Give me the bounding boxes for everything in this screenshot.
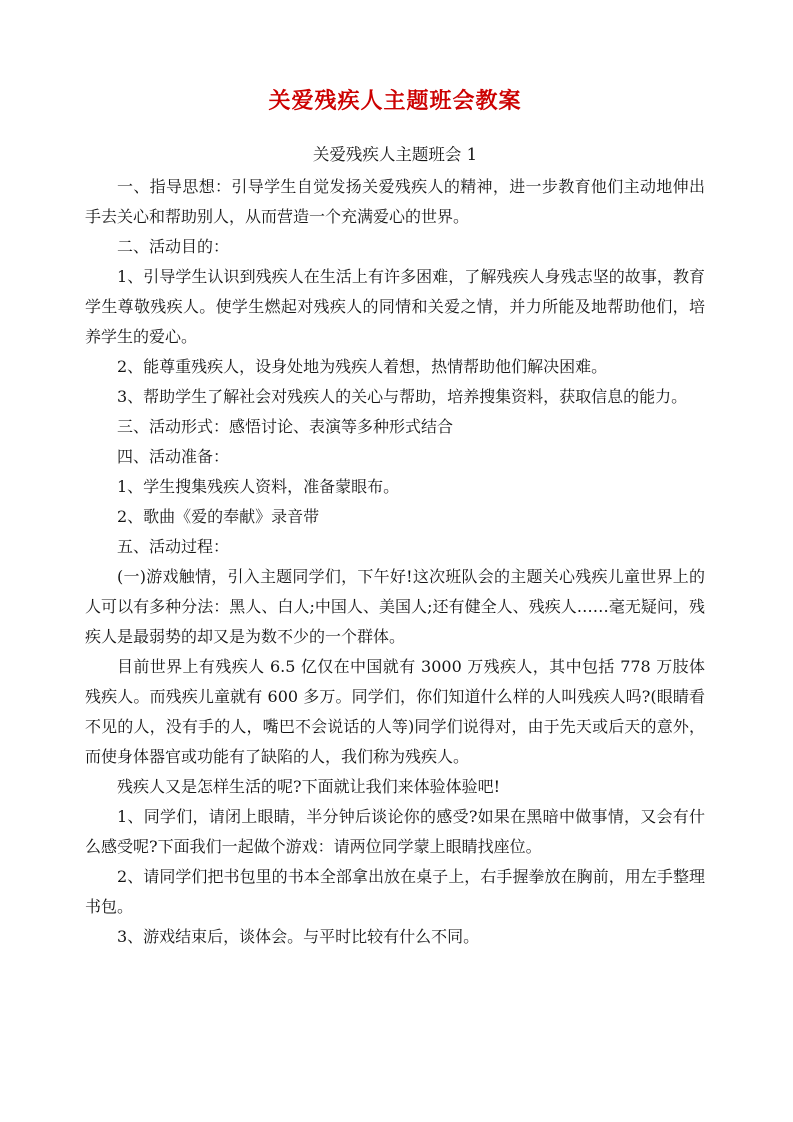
paragraph-purpose-item-2: 2、能尊重残疾人，设身处地为残疾人着想，热情帮助他们解决困难。: [85, 352, 705, 382]
paragraph-purpose-item-3: 3、帮助学生了解社会对残疾人的关心与帮助，培养搜集资料，获取信息的能力。: [85, 382, 705, 412]
paragraph-activity-purpose-heading: 二、活动目的：: [85, 232, 705, 262]
paragraph-activity-form: 三、活动形式：感悟讨论、表演等多种形式结合: [85, 412, 705, 442]
document-subtitle: 关爱残疾人主题班会 1: [85, 140, 705, 170]
page-title: 关爱残疾人主题班会教案: [85, 86, 705, 116]
paragraph-game-step-1: 1、同学们，请闭上眼睛，半分钟后谈论你的感受?如果在黑暗中做事情，又会有什么感受…: [85, 802, 705, 862]
paragraph-experience-lead-in: 残疾人又是怎样生活的呢?下面就让我们来体验体验吧!: [85, 772, 705, 802]
paragraph-purpose-item-1: 1、引导学生认识到残疾人在生活上有许多困难，了解残疾人身残志坚的故事，教育学生尊…: [85, 262, 705, 352]
paragraph-guiding-ideology: 一、指导思想：引导学生自觉发扬关爱残疾人的精神，进一步教育他们主动地伸出手去关心…: [85, 172, 705, 232]
paragraph-game-step-3: 3、游戏结束后，谈体会。与平时比较有什么不同。: [85, 922, 705, 952]
paragraph-preparation-item-2: 2、歌曲《爱的奉献》录音带: [85, 502, 705, 532]
paragraph-disabled-statistics: 目前世界上有残疾人 6.5 亿仅在中国就有 3000 万残疾人，其中包括 778…: [85, 652, 705, 772]
paragraph-preparation-item-1: 1、学生搜集残疾人资料，准备蒙眼布。: [85, 472, 705, 502]
paragraph-game-step-2: 2、请同学们把书包里的书本全部拿出放在桌子上，右手握拳放在胸前，用左手整理书包。: [85, 862, 705, 922]
document-body: 一、指导思想：引导学生自觉发扬关爱残疾人的精神，进一步教育他们主动地伸出手去关心…: [85, 172, 705, 952]
paragraph-activity-process-heading: 五、活动过程：: [85, 532, 705, 562]
document-page: 关爱残疾人主题班会教案 关爱残疾人主题班会 1 一、指导思想：引导学生自觉发扬关…: [0, 0, 793, 1122]
paragraph-process-intro: (一)游戏触情，引入主题同学们，下午好!这次班队会的主题关心残疾儿童世界上的人可…: [85, 562, 705, 652]
paragraph-activity-preparation-heading: 四、活动准备：: [85, 442, 705, 472]
